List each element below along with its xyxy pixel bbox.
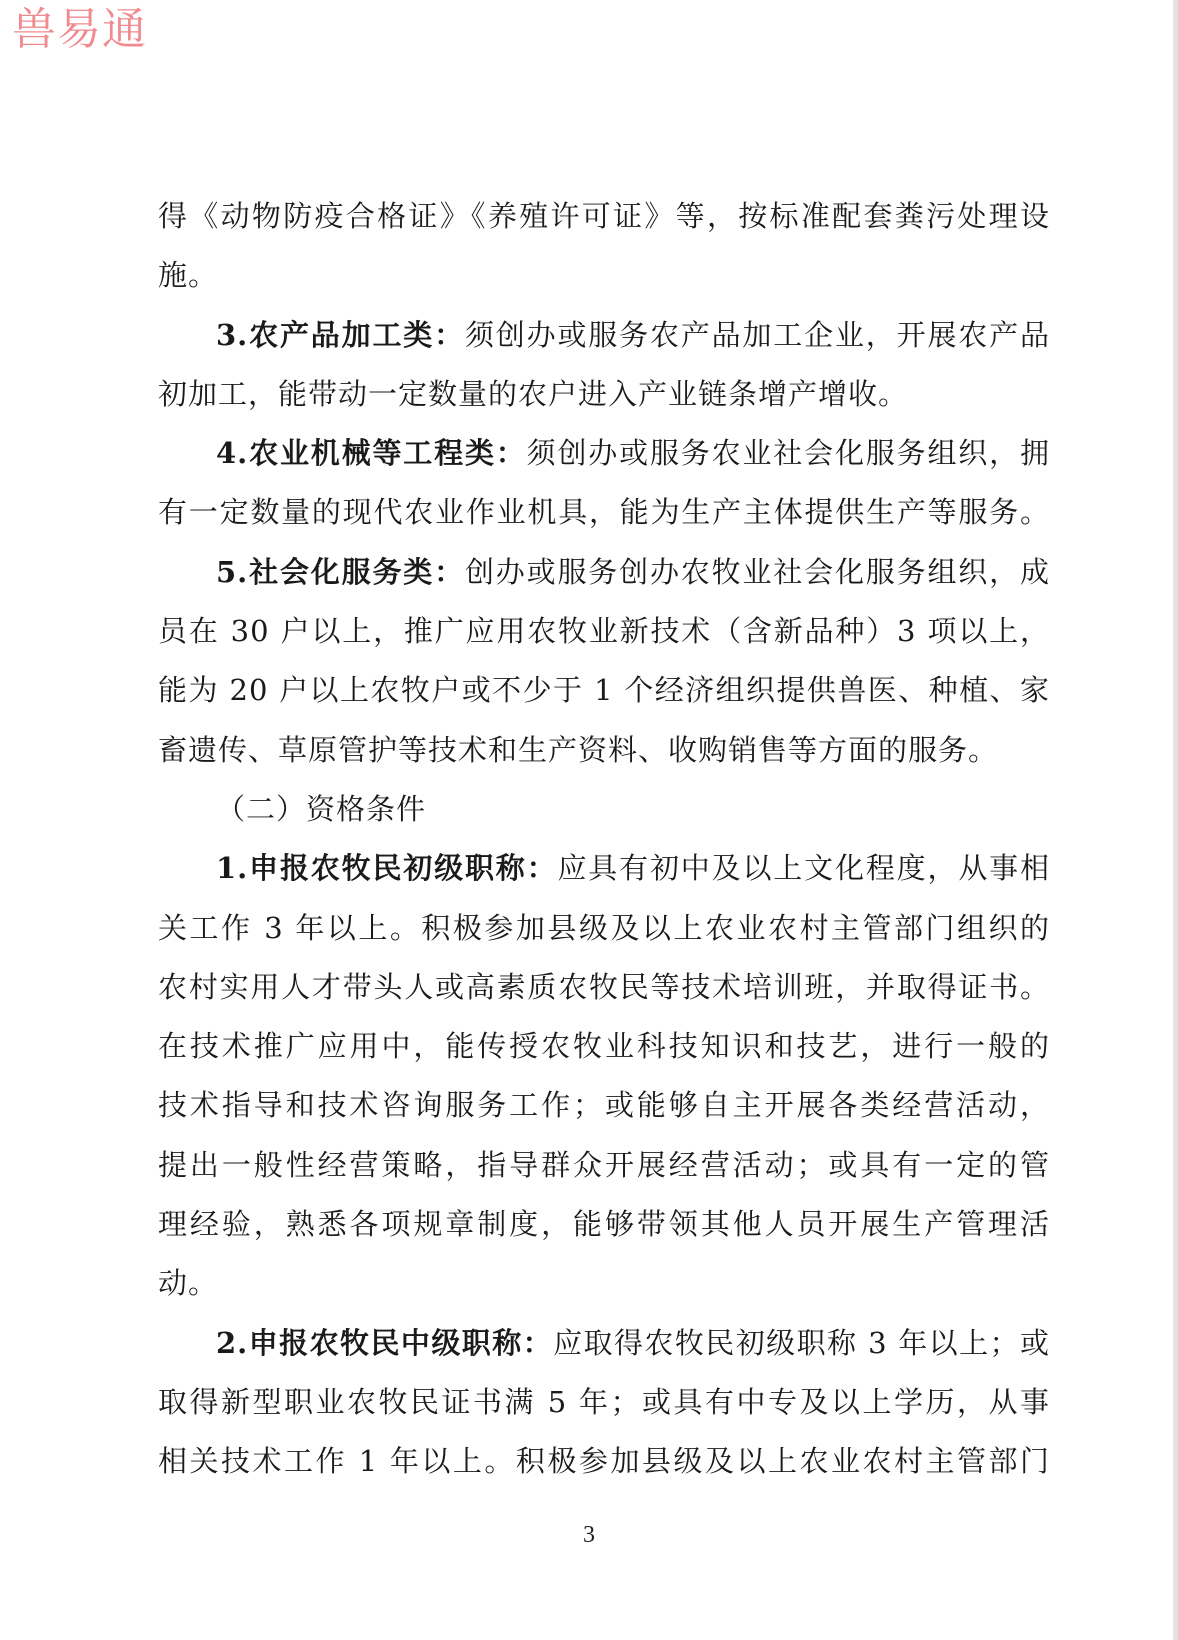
watermark-logo: 兽易通 [12,4,147,56]
text-line: 关工作 3 年以上。积极参加县级及以上农业农村主管部门组织的 [158,899,1050,958]
item-heading: 4.农业机械等工程类： [216,436,527,470]
item-heading-line: 3.农产品加工类：须创办或服务农产品加工企业，开展农产品 [158,306,1050,365]
document-body: 得《动物防疫合格证》《养殖许可证》等，按标准配套粪污处理设 施。 3.农产品加工… [158,187,1050,1492]
text-line: 农村实用人才带头人或高素质农牧民等技术培训班，并取得证书。 [158,958,1050,1017]
page-number: 3 [0,1522,1178,1549]
section-heading: （二）资格条件 [158,780,1050,839]
text-line: 有一定数量的现代农业作业机具，能为生产主体提供生产等服务。 [158,483,1050,542]
text-line: 动。 [158,1254,1050,1313]
item-heading: 1.申报农牧民初级职称： [216,851,557,885]
item-heading: 2.申报农牧民中级职称： [216,1326,553,1360]
text-line: 技术指导和技术咨询服务工作；或能够自主开展各类经营活动， [158,1076,1050,1135]
item-heading-line: 1.申报农牧民初级职称：应具有初中及以上文化程度，从事相 [158,839,1050,898]
text-line: 初加工，能带动一定数量的农户进入产业链条增产增收。 [158,365,1050,424]
item-heading-line: 5.社会化服务类：创办或服务创办农牧业社会化服务组织，成 [158,543,1050,602]
text-line: 在技术推广应用中，能传授农牧业科技知识和技艺，进行一般的 [158,1017,1050,1076]
text-line: 理经验，熟悉各项规章制度，能够带领其他人员开展生产管理活 [158,1195,1050,1254]
item-heading: 3.农产品加工类： [216,318,465,352]
page-edge-shadow [1173,0,1178,1640]
text-line: 能为 20 户以上农牧户或不少于 1 个经济组织提供兽医、种植、家 [158,661,1050,720]
text-line: 施。 [158,246,1050,305]
text-line: 得《动物防疫合格证》《养殖许可证》等，按标准配套粪污处理设 [158,187,1050,246]
text-line: 提出一般性经营策略，指导群众开展经营活动；或具有一定的管 [158,1136,1050,1195]
text-line: 相关技术工作 1 年以上。积极参加县级及以上农业农村主管部门 [158,1432,1050,1491]
item-heading-line: 2.申报农牧民中级职称：应取得农牧民初级职称 3 年以上；或 [158,1314,1050,1373]
item-heading-line: 4.农业机械等工程类：须创办或服务农业社会化服务组织，拥 [158,424,1050,483]
item-heading: 5.社会化服务类： [216,555,465,589]
text-line: 员在 30 户以上，推广应用农牧业新技术（含新品种）3 项以上， [158,602,1050,661]
text-line: 取得新型职业农牧民证书满 5 年；或具有中专及以上学历，从事 [158,1373,1050,1432]
text-line: 畜遗传、草原管护等技术和生产资料、收购销售等方面的服务。 [158,721,1050,780]
